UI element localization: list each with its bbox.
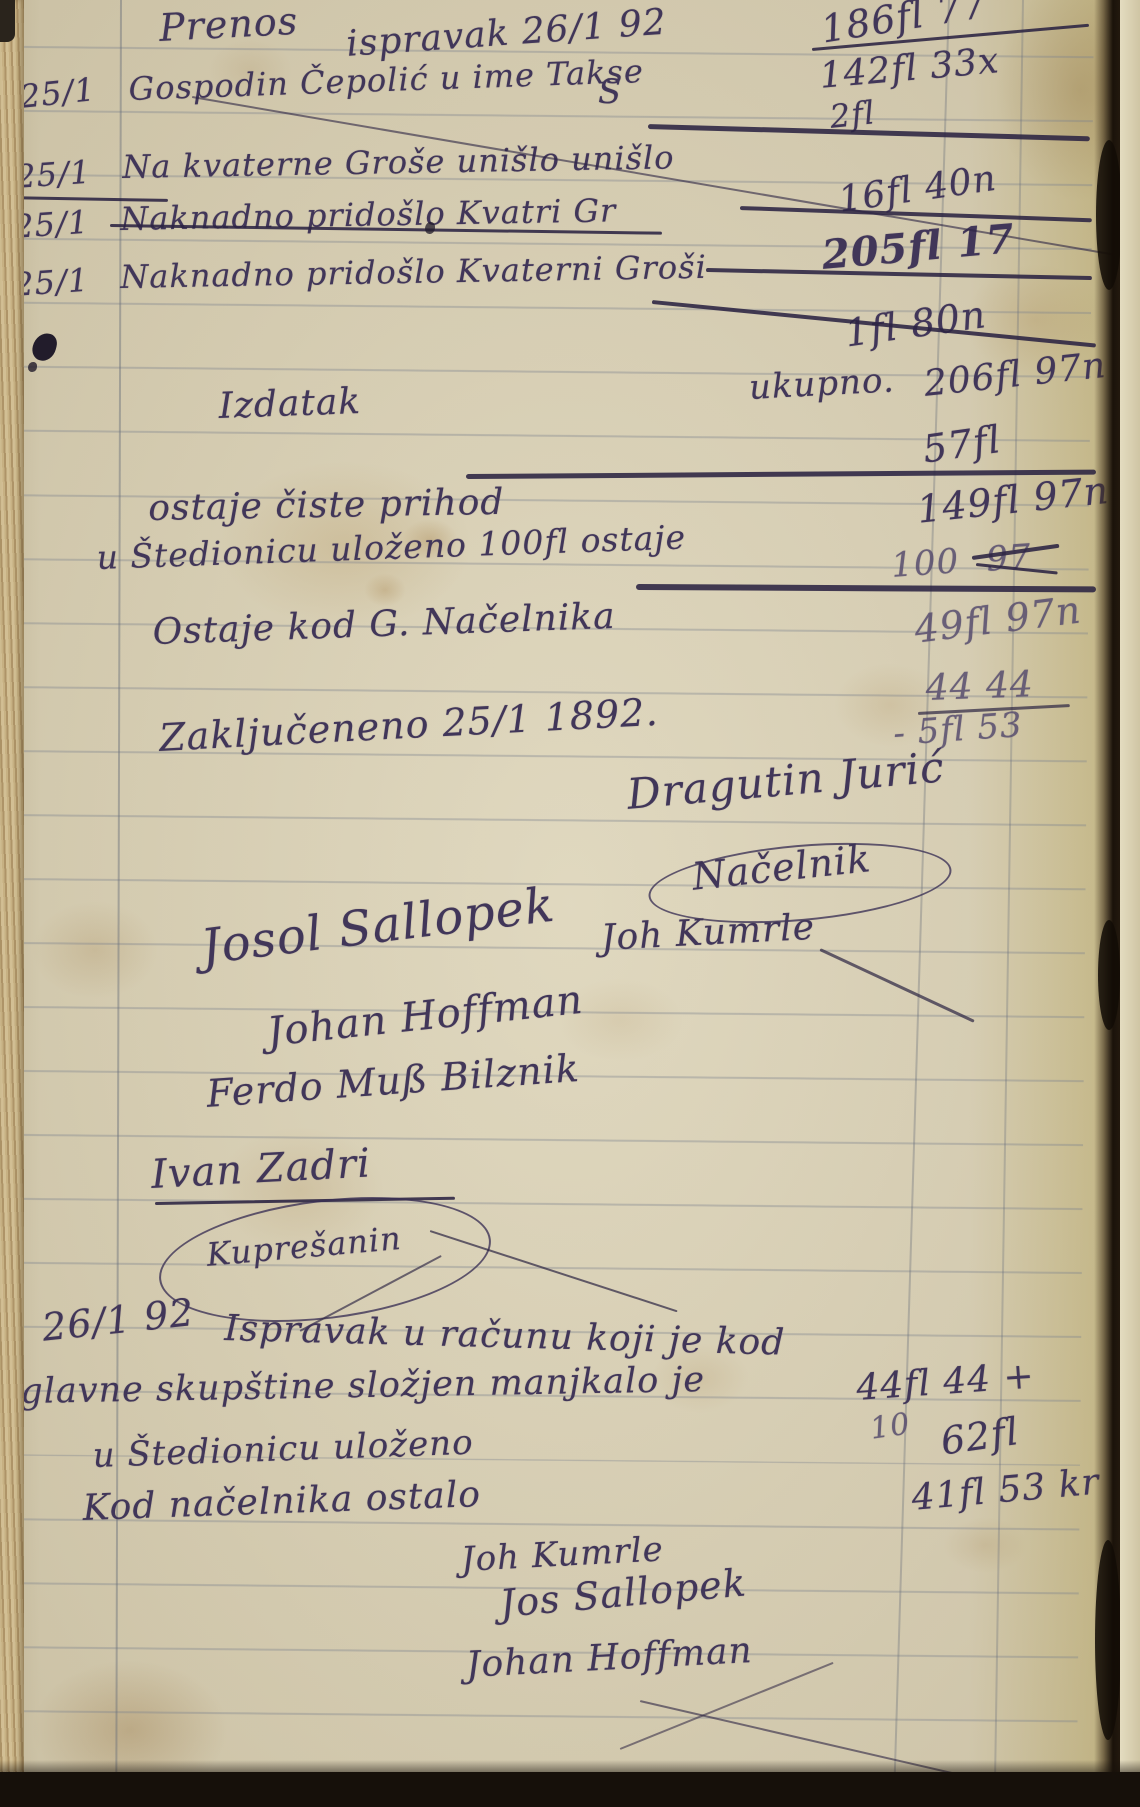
struck-note: 97 bbox=[985, 537, 1033, 580]
binding-notch bbox=[1096, 140, 1122, 290]
ledger-page: Prenos 186fl 77 ispravak 26/1 92 142fl 3… bbox=[0, 0, 1140, 1807]
expense-amount: 57fl bbox=[920, 417, 1004, 472]
ink-blot bbox=[30, 331, 59, 364]
entry-text: Naknadno pridošlo Kvaterni Groši bbox=[120, 248, 707, 296]
entry-amount: 62fl bbox=[938, 1409, 1022, 1464]
entry-amount: 149fl 97n bbox=[915, 468, 1111, 532]
ink-stroke bbox=[466, 470, 1096, 479]
entry-text: Na kvaterne Groše unišlo unišlo bbox=[122, 138, 675, 186]
closing-statement: Zaključeneno 25/1 1892. bbox=[158, 690, 659, 760]
entry-amount: 49fl 97n bbox=[912, 588, 1084, 652]
page-edge-bottom bbox=[0, 1772, 1140, 1807]
signature: Ivan Zadri bbox=[150, 1140, 372, 1197]
signature: Johan Hoffman bbox=[465, 1630, 754, 1686]
entry-amount: 205fl 17 bbox=[820, 215, 1017, 279]
ink-stroke bbox=[636, 584, 1096, 592]
entry-amount: 44fl 44 + bbox=[855, 1356, 1036, 1409]
signature: Johan Hoffman bbox=[265, 977, 585, 1056]
binding-notch bbox=[1098, 920, 1120, 1030]
signature: Josol Sallopek bbox=[198, 877, 558, 976]
entry-text: ostaje čiste prihod bbox=[148, 482, 505, 529]
ink-blot bbox=[28, 362, 37, 372]
entry-date: 26/1 92 bbox=[40, 1290, 197, 1350]
entry-text: Ispravak u računu koji je kod bbox=[224, 1308, 786, 1364]
entry-suffix: S bbox=[598, 72, 622, 112]
signature-flourish bbox=[819, 948, 974, 1023]
signature: Dragutin Jurić bbox=[625, 742, 946, 819]
signature: Ferdo Muß Bilznik bbox=[205, 1046, 581, 1116]
entry-date: 25/1 bbox=[18, 70, 97, 116]
total-label: ukupno. bbox=[748, 360, 896, 408]
entry-amount: 100 bbox=[890, 541, 961, 586]
corner-mark bbox=[0, 0, 15, 42]
expense-label: Izdatak bbox=[218, 381, 362, 427]
entry-amount: 41fl 53 kr bbox=[910, 1462, 1101, 1519]
handwriting-layer: Prenos 186fl 77 ispravak 26/1 92 142fl 3… bbox=[0, 0, 1140, 1807]
signature: Joh Kumrle bbox=[600, 907, 816, 959]
entry-text: u Štedionicu uloženo bbox=[92, 1423, 474, 1476]
next-page-edge bbox=[1120, 0, 1140, 1807]
total-amount: 206fl 97n bbox=[922, 345, 1108, 405]
entry-text: Prenos bbox=[158, 0, 299, 50]
entry-amount: 44 44 bbox=[925, 664, 1034, 709]
entry-mark: 10 bbox=[868, 1406, 913, 1446]
entry-amount: 142fl 33x bbox=[818, 40, 1001, 97]
entry-text: Kod načelnika ostalo bbox=[82, 1474, 482, 1529]
binding-notch bbox=[1095, 1540, 1121, 1740]
entry-text: glavne skupštine složjen manjkalo je bbox=[20, 1360, 705, 1412]
entry-date: 25/1 bbox=[14, 153, 92, 196]
page-edge-left bbox=[0, 0, 24, 1807]
entry-text: Ostaje kod G. Načelnika bbox=[152, 596, 616, 653]
